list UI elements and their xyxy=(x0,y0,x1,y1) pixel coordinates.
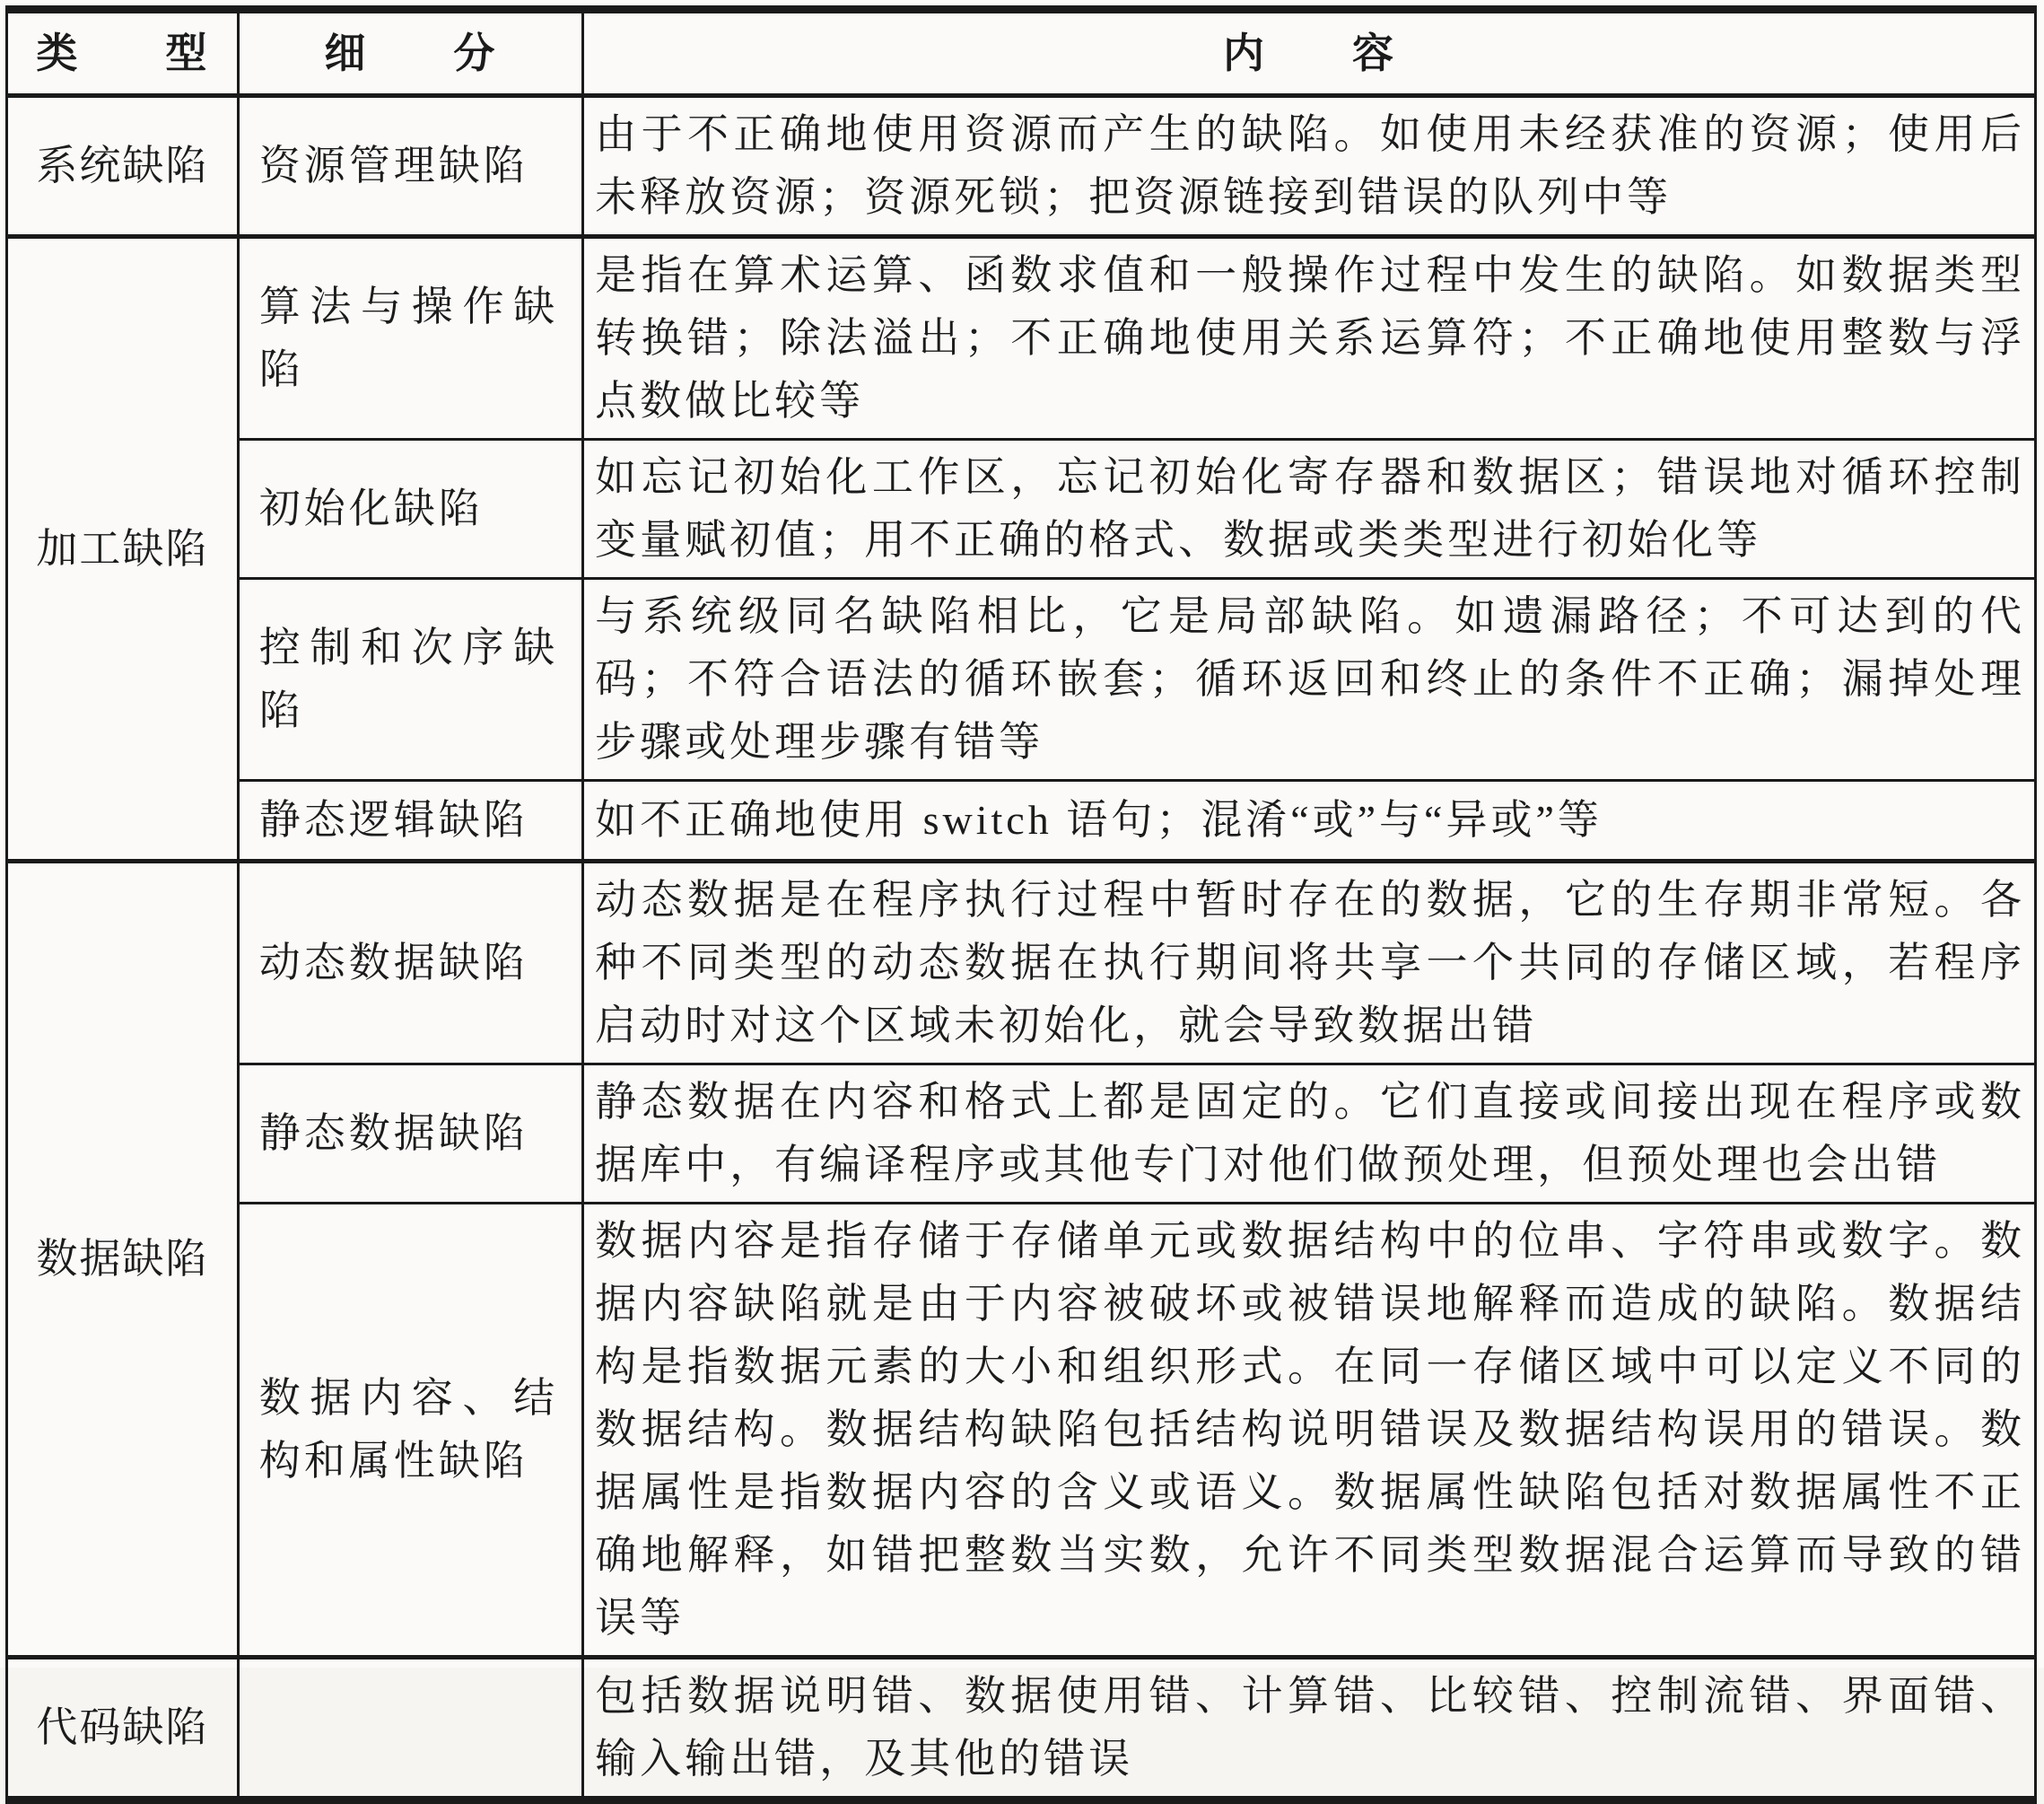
table-body: 系统缺陷 资源管理缺陷 由于不正确地使用资源而产生的缺陷。如使用未经获准的资源；… xyxy=(7,96,2036,1800)
subdivision-cell: 控制和次序缺陷 xyxy=(238,579,582,781)
subdivision-cell: 静态逻辑缺陷 xyxy=(238,781,582,862)
table-row: 静态数据缺陷 静态数据在内容和格式上都是固定的。它们直接或间接出现在程序或数据库… xyxy=(7,1064,2036,1204)
type-cell: 加工缺陷 xyxy=(7,237,239,862)
content-cell: 包括数据说明错、数据使用错、计算错、比较错、控制流错、界面错、输入输出错，及其他… xyxy=(583,1658,2036,1800)
content-cell: 如忘记初始化工作区，忘记初始化寄存器和数据区；错误地对循环控制变量赋初值；用不正… xyxy=(583,440,2036,579)
table-row: 控制和次序缺陷 与系统级同名缺陷相比，它是局部缺陷。如遗漏路径；不可达到的代码；… xyxy=(7,579,2036,781)
subdivision-cell: 动态数据缺陷 xyxy=(238,862,582,1064)
table-header: 类 型 细 分 内 容 xyxy=(7,10,2036,96)
subdivision-cell: 初始化缺陷 xyxy=(238,440,582,579)
subdivision-cell: 资源管理缺陷 xyxy=(238,96,582,237)
subdivision-cell: 算法与操作缺陷 xyxy=(238,237,582,440)
table-row: 数据内容、结构和属性缺陷 数据内容是指存储于存储单元或数据结构中的位串、字符串或… xyxy=(7,1204,2036,1658)
table-row: 系统缺陷 资源管理缺陷 由于不正确地使用资源而产生的缺陷。如使用未经获准的资源；… xyxy=(7,96,2036,237)
type-cell: 代码缺陷 xyxy=(7,1658,239,1800)
subdivision-cell: 数据内容、结构和属性缺陷 xyxy=(238,1204,582,1658)
type-cell: 系统缺陷 xyxy=(7,96,239,237)
content-cell: 静态数据在内容和格式上都是固定的。它们直接或间接出现在程序或数据库中，有编译程序… xyxy=(583,1064,2036,1204)
column-header-subdivision: 细 分 xyxy=(238,10,582,96)
table-row: 初始化缺陷 如忘记初始化工作区，忘记初始化寄存器和数据区；错误地对循环控制变量赋… xyxy=(7,440,2036,579)
table-row: 加工缺陷 算法与操作缺陷 是指在算术运算、函数求值和一般操作过程中发生的缺陷。如… xyxy=(7,237,2036,440)
defect-type-table: 类 型 细 分 内 容 系统缺陷 资源管理缺陷 由于不正确地使用资源而产生的缺陷… xyxy=(5,5,2037,1804)
content-cell: 如不正确地使用 switch 语句；混淆“或”与“异或”等 xyxy=(583,781,2036,862)
content-cell: 是指在算术运算、函数求值和一般操作过程中发生的缺陷。如数据类型转换错；除法溢出；… xyxy=(583,237,2036,440)
type-cell: 数据缺陷 xyxy=(7,862,239,1658)
table-row: 静态逻辑缺陷 如不正确地使用 switch 语句；混淆“或”与“异或”等 xyxy=(7,781,2036,862)
content-cell: 动态数据是在程序执行过程中暂时存在的数据，它的生存期非常短。各种不同类型的动态数… xyxy=(583,862,2036,1064)
scanned-page: 类 型 细 分 内 容 系统缺陷 资源管理缺陷 由于不正确地使用资源而产生的缺陷… xyxy=(0,0,2044,1668)
column-header-content: 内 容 xyxy=(583,10,2036,96)
table-row: 数据缺陷 动态数据缺陷 动态数据是在程序执行过程中暂时存在的数据，它的生存期非常… xyxy=(7,862,2036,1064)
table-row: 代码缺陷 包括数据说明错、数据使用错、计算错、比较错、控制流错、界面错、输入输出… xyxy=(7,1658,2036,1800)
header-row: 类 型 细 分 内 容 xyxy=(7,10,2036,96)
column-header-type: 类 型 xyxy=(7,10,239,96)
content-cell: 与系统级同名缺陷相比，它是局部缺陷。如遗漏路径；不可达到的代码；不符合语法的循环… xyxy=(583,579,2036,781)
subdivision-cell: 静态数据缺陷 xyxy=(238,1064,582,1204)
content-cell: 数据内容是指存储于存储单元或数据结构中的位串、字符串或数字。数据内容缺陷就是由于… xyxy=(583,1204,2036,1658)
content-cell: 由于不正确地使用资源而产生的缺陷。如使用未经获准的资源；使用后未释放资源；资源死… xyxy=(583,96,2036,237)
subdivision-cell-empty xyxy=(238,1658,582,1800)
